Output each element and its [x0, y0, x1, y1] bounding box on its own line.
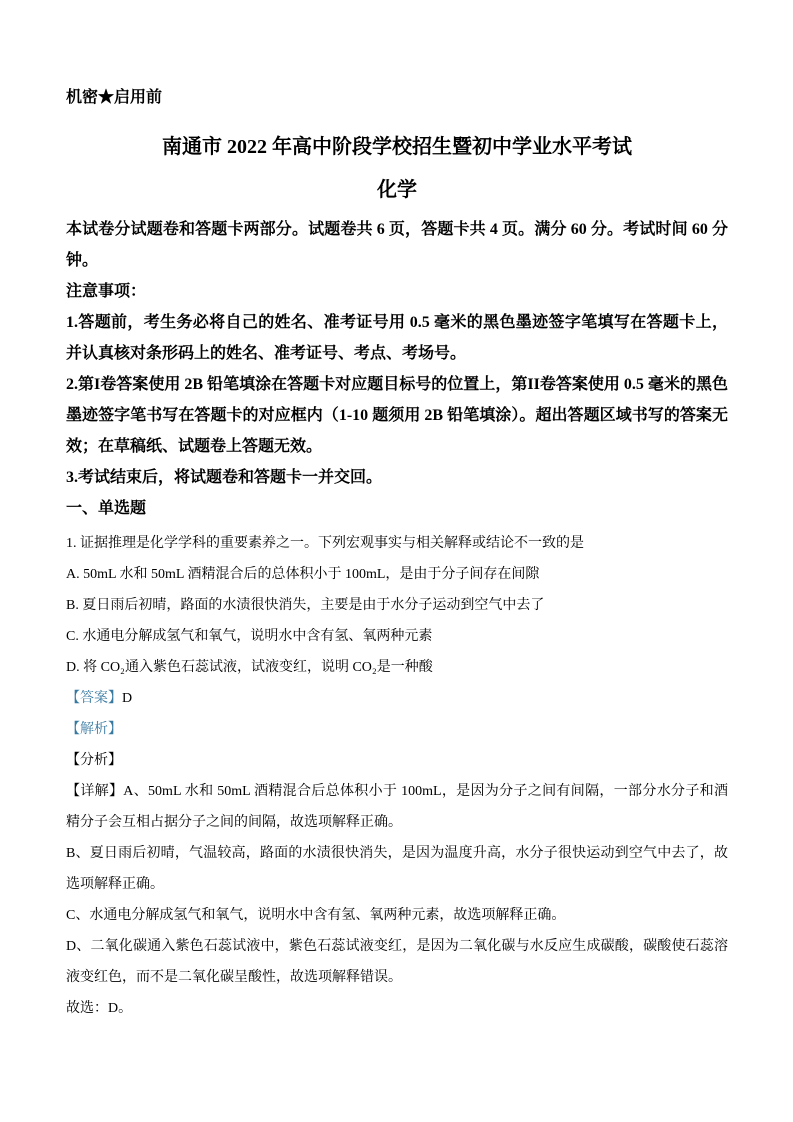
- detail-text-a: A、50mL 水和 50mL 酒精混合后总体积小于 100mL，是因为分子之间有…: [66, 784, 728, 830]
- exam-document-page: 机密★启用前 南通市 2022 年高中阶段学校招生暨初中学业水平考试 化学 本试…: [0, 0, 793, 1122]
- xiangjie-label: 【详解】: [66, 784, 123, 799]
- detail-paragraph-b: B、夏日雨后初晴，气温较高，路面的水渍很快消失，是因为温度升高，水分子很快运动到…: [66, 838, 728, 900]
- note-item-1: 1.答题前，考生务必将自己的姓名、准考证号用 0.5 毫米的黑色墨迹签字笔填写在…: [66, 307, 728, 369]
- notes-heading: 注意事项：: [66, 276, 728, 307]
- detail-paragraph-d: D、二氧化碳通入紫色石蕊试液中，紫色石蕊试液变红，是因为二氧化碳与水反应生成碳酸…: [66, 931, 728, 993]
- answer-value: D: [122, 691, 132, 706]
- detail-paragraph-c: C、水通电分解成氢气和氧气，说明水中含有氢、氧两种元素，故选项解释正确。: [66, 900, 728, 931]
- question-option-a: A. 50mL 水和 50mL 酒精混合后的总体积小于 100mL，是由于分子间…: [66, 559, 728, 590]
- question-option-d: D. 将 CO₂通入紫色石蕊试液，试液变红，说明 CO₂是一种酸: [66, 652, 728, 683]
- exam-subject: 化学: [66, 169, 728, 212]
- question-stem: 1. 证据推理是化学学科的重要素养之一。下列宏观事实与相关解释或结论不一致的是: [66, 528, 728, 559]
- question-option-c: C. 水通电分解成氢气和氧气，说明水中含有氢、氧两种元素: [66, 621, 728, 652]
- exam-title: 南通市 2022 年高中阶段学校招生暨初中学业水平考试: [66, 126, 728, 169]
- classification-notice: 机密★启用前: [66, 88, 728, 108]
- answer-line: 【答案】D: [66, 683, 728, 714]
- fenxi-label: 【分析】: [66, 745, 728, 776]
- answer-label: 【答案】: [66, 691, 122, 706]
- section-heading: 一、单选题: [66, 493, 728, 524]
- analysis-section-label: 【解析】: [66, 714, 728, 745]
- note-item-3: 3.考试结束后，将试题卷和答题卡一并交回。: [66, 462, 728, 493]
- conclusion-line: 故选：D。: [66, 993, 728, 1024]
- question-option-b: B. 夏日雨后初晴，路面的水渍很快消失，主要是由于水分子运动到空气中去了: [66, 590, 728, 621]
- exam-intro: 本试卷分试题卷和答题卡两部分。试题卷共 6 页，答题卡共 4 页。满分 60 分…: [66, 214, 728, 276]
- note-item-2: 2.第I卷答案使用 2B 铅笔填涂在答题卡对应题目标号的位置上，第II卷答案使用…: [66, 369, 728, 462]
- detail-paragraph-a: 【详解】A、50mL 水和 50mL 酒精混合后总体积小于 100mL，是因为分…: [66, 776, 728, 838]
